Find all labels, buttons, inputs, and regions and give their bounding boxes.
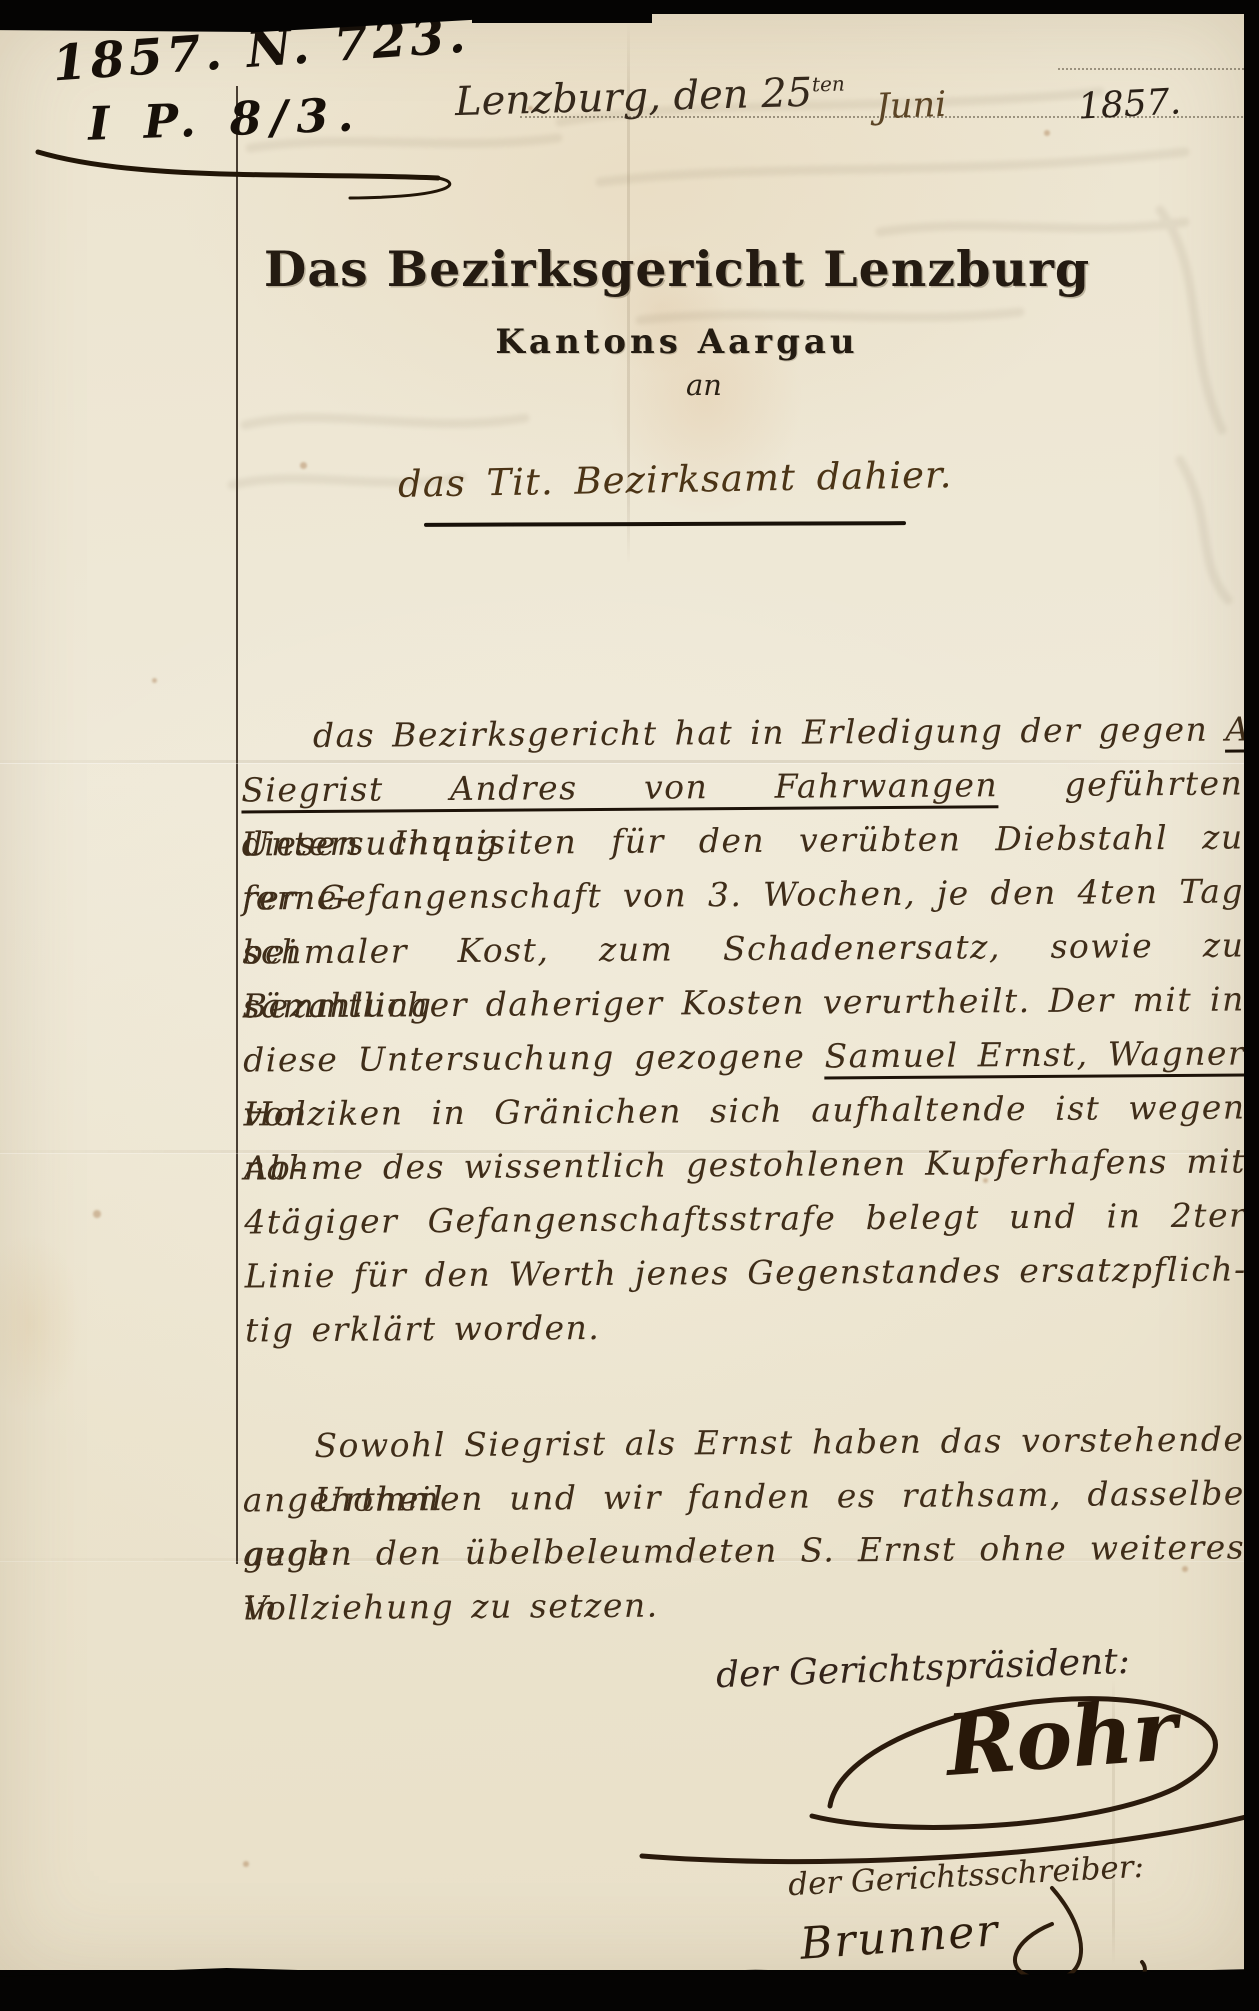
letterhead-title: Das Bezirksgericht Lenzburg xyxy=(233,240,1121,298)
body-line: schmaler Kost, zum Schadenersatz, sowie … xyxy=(242,919,1244,980)
body-line: Sowohl Siegrist als Ernst haben das vors… xyxy=(242,1413,1244,1474)
body-line: Linie für den Werth jenes Gegenstandes e… xyxy=(245,1242,1247,1303)
body-line: tig erklärt worden. xyxy=(245,1296,1247,1357)
date-month: Juni xyxy=(875,85,947,127)
body-line: sämmtlicher daheriger Kosten verurtheilt… xyxy=(243,973,1245,1034)
letterhead-subtitle: Kantons Aargau xyxy=(233,322,1121,362)
body-line: Vollziehung zu setzen. xyxy=(243,1575,1245,1636)
margin-fold-line xyxy=(236,86,238,1564)
body-line: nahme des wissentlich gestohlenen Kupfer… xyxy=(244,1134,1246,1195)
underlined-name: Samuel Ernst, Wagner xyxy=(824,1034,1245,1080)
date-year: 1857. xyxy=(1077,81,1182,127)
date-day-suffix: ten xyxy=(812,72,845,97)
body-line: Siegrist Andres von Fahrwangen geführten… xyxy=(241,757,1243,818)
body-line: gegen den übelbeleumdeten S. Ernst ohne … xyxy=(243,1521,1245,1582)
body-line: 4tägiger Gefangenschaftsstrafe belegt un… xyxy=(244,1188,1246,1249)
scan-edge-right xyxy=(1244,0,1259,2011)
letterhead-salutation: an xyxy=(260,368,1148,402)
body-line: Holziken in Gränichen sich aufhaltende i… xyxy=(243,1081,1245,1142)
scan-edge-bottom xyxy=(0,1968,1259,2011)
printed-dotted-rule-top xyxy=(1058,68,1244,70)
body-line: angenommen und wir fanden es rathsam, da… xyxy=(243,1467,1245,1528)
body-text: das Bezirksgericht hat in Erledigung der… xyxy=(313,710,1226,755)
foxing-spot xyxy=(93,1210,101,1218)
foxing-spot xyxy=(1044,130,1050,136)
foxing-spot xyxy=(243,1861,249,1867)
body-line: rer Gefangenschaft von 3. Wochen, je den… xyxy=(242,865,1244,926)
foxing-spot xyxy=(152,678,157,683)
date-place: Lenzburg, den xyxy=(454,71,761,125)
body-line: das Bezirksgericht hat in Erledigung der… xyxy=(241,703,1243,764)
underlined-name: Siegrist Andres von Fahrwangen xyxy=(241,765,998,813)
body-line: diese Untersuchung gezogene Samuel Ernst… xyxy=(243,1027,1245,1088)
body-paragraph-2: Sowohl Siegrist als Ernst haben das vors… xyxy=(242,1413,1245,1636)
body-text: diese Untersuchung gezogene xyxy=(243,1036,825,1079)
foxing-spot xyxy=(300,462,307,469)
president-signature: Rohr xyxy=(943,1680,1181,1795)
filing-mark: I P. 8/3. xyxy=(87,87,363,151)
document-scan: 1857. N. 723. I P. 8/3. Lenzburg, den 25… xyxy=(0,0,1259,2011)
date-day: 25 xyxy=(761,70,813,117)
body-line: diesen Inquisiten für den verübten Diebs… xyxy=(242,811,1244,872)
scan-edge-top-bump xyxy=(472,0,652,23)
body-paragraph-1: das Bezirksgericht hat in Erledigung der… xyxy=(241,703,1247,1358)
